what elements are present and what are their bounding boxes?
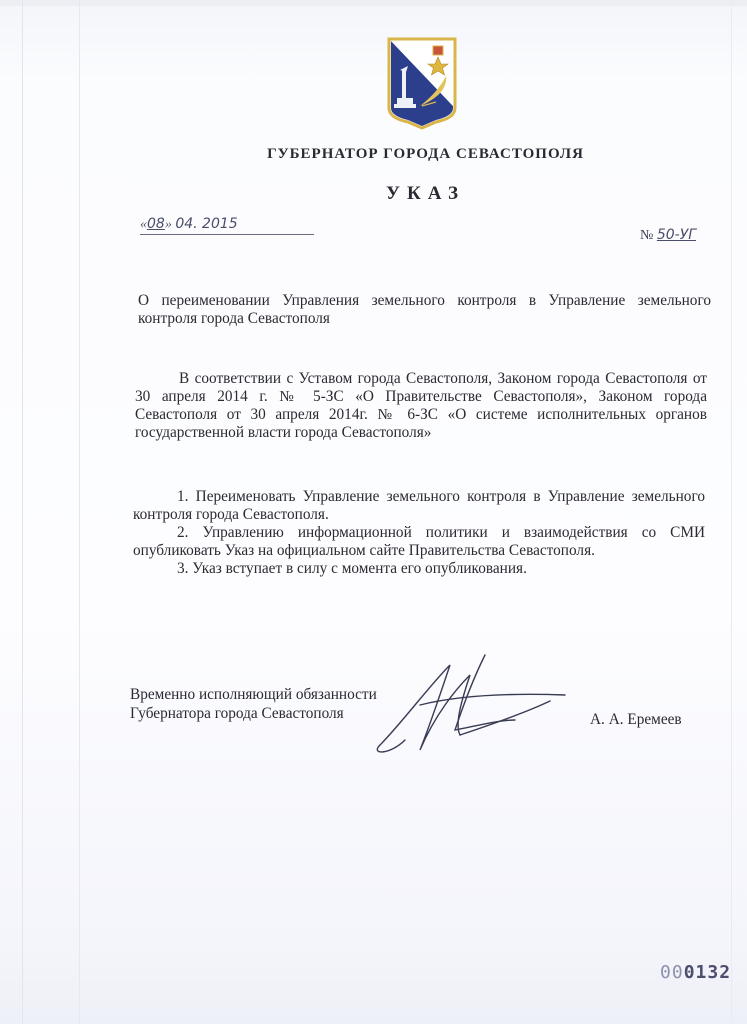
- coat-of-arms-emblem: [386, 36, 458, 130]
- decree-item-3: 3. Указ вступает в силу с момента его оп…: [133, 560, 705, 578]
- date-month-year: 04. 2015: [175, 216, 237, 232]
- signatory-name: А. А. Еремеев: [590, 711, 682, 729]
- number-sign: №: [640, 228, 653, 243]
- subject-text: О переименовании Управления земельного к…: [138, 292, 711, 328]
- scanned-page: ГУБЕРНАТОР ГОРОДА СЕВАСТОПОЛЯ УКАЗ «08» …: [0, 0, 747, 1024]
- scan-top-edge: [0, 0, 747, 6]
- serial-faint-digits: 00: [660, 962, 684, 983]
- signatory-position-line1: Временно исполняющий обязанности: [130, 685, 377, 704]
- handwritten-signature-icon: [360, 645, 575, 760]
- date-close-quote: »: [165, 217, 172, 232]
- decree-item-1: 1. Переименовать Управление земельного к…: [133, 488, 705, 524]
- number-value: 50-УГ: [657, 227, 696, 243]
- date-day: 08: [147, 216, 165, 232]
- document-subject: О переименовании Управления земельного к…: [138, 292, 711, 328]
- date-open-quote: «: [140, 217, 147, 232]
- document-serial-number: 000132: [660, 962, 731, 983]
- signatory-position: Временно исполняющий обязанности Губерна…: [130, 685, 377, 723]
- document-number: № 50-УГ: [640, 227, 696, 244]
- document-preamble: В соответствии с Уставом города Севастоп…: [135, 370, 707, 442]
- decree-item-2: 2. Управлению информационной политики и …: [133, 524, 705, 560]
- document-type-heading: УКАЗ: [0, 183, 747, 205]
- signatory-position-line2: Губернатора города Севастополя: [130, 704, 377, 723]
- preamble-text: В соответствии с Уставом города Севастоп…: [135, 370, 707, 442]
- issuer-title: ГУБЕРНАТОР ГОРОДА СЕВАСТОПОЛЯ: [0, 146, 747, 163]
- decree-items: 1. Переименовать Управление земельного к…: [133, 488, 705, 578]
- document-date: «08» 04. 2015: [140, 216, 314, 235]
- serial-digits: 0132: [684, 962, 731, 983]
